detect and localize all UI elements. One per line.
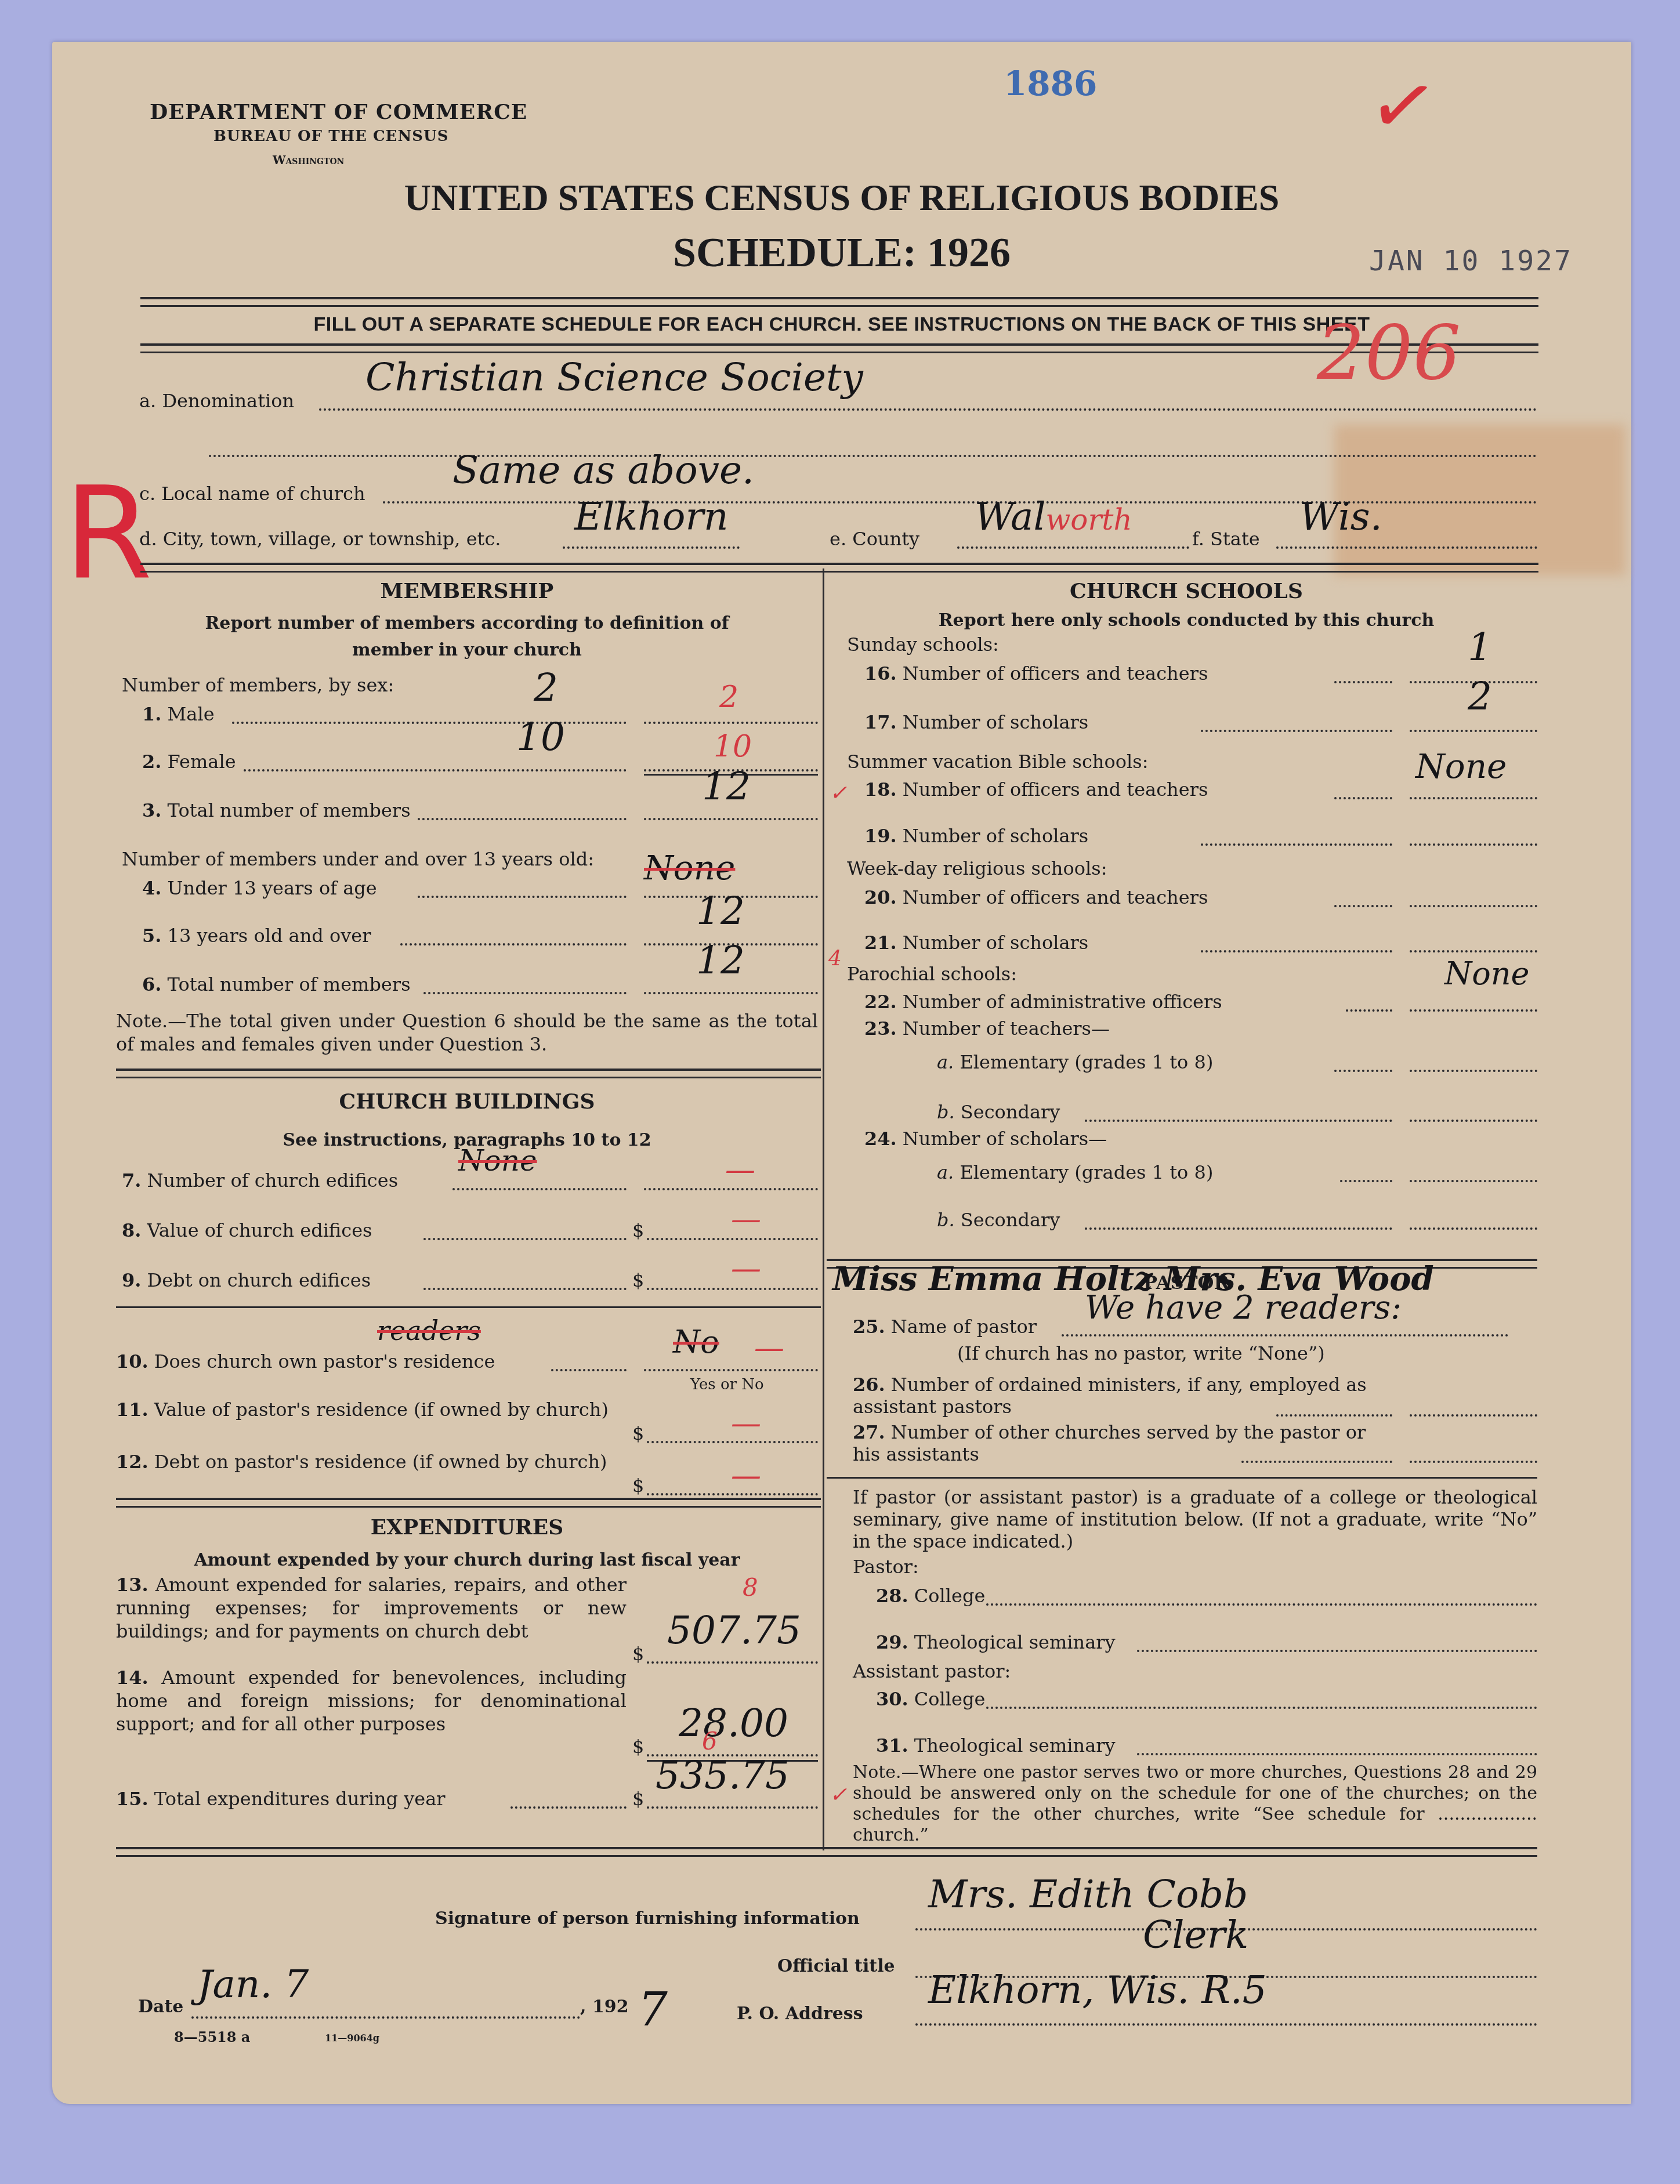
q14-label: 14. Amount expended for benevolences, in… <box>116 1666 627 1736</box>
q10-line <box>551 1369 627 1371</box>
membership-note: Note.—The total given under Question 6 s… <box>116 1009 818 1056</box>
q20-value-field[interactable] <box>1410 905 1537 907</box>
q2-label: 2. Female <box>142 751 236 773</box>
q12-red-dash: — <box>731 1458 761 1493</box>
q24-label: 24. Number of scholars— <box>864 1128 1107 1150</box>
q24b-label: b. Secondary <box>937 1209 1060 1231</box>
assistant-subheading: Assistant pastor: <box>853 1660 1011 1682</box>
q6-line <box>423 992 627 994</box>
q23-label: 23. Number of teachers— <box>864 1017 1110 1040</box>
q3-label: 3. Total number of members <box>142 799 411 821</box>
stamp-number: 1886 <box>1004 64 1097 103</box>
pastor-subheading: Pastor: <box>853 1556 919 1578</box>
q27-value-field[interactable] <box>1410 1461 1537 1463</box>
print-code: 11—9064g <box>325 2033 379 2044</box>
q7-value-line <box>644 1188 818 1190</box>
footer-rule <box>116 1847 1537 1857</box>
q5-line <box>400 943 627 946</box>
census-schedule-page: DEPARTMENT OF COMMERCE BUREAU OF THE CEN… <box>52 42 1631 2104</box>
city-line <box>563 546 740 549</box>
q7-line <box>452 1188 627 1190</box>
signature-field[interactable]: Mrs. Edith Cobb <box>928 1872 1248 1917</box>
q9-red-dash: — <box>731 1251 761 1286</box>
q22-officers-field[interactable]: None <box>1444 955 1530 992</box>
q7-label: 7. Number of church edifices <box>122 1169 398 1191</box>
q6-label: 6. Total number of members <box>142 973 411 995</box>
q18-teachers-field[interactable]: None <box>1415 747 1507 786</box>
q2-red-check: 10 <box>714 729 752 764</box>
q4-line <box>418 896 627 898</box>
state-field[interactable]: Wis. <box>1299 494 1382 539</box>
county-field[interactable]: Walworth <box>975 494 1132 539</box>
column-divider <box>823 568 824 1850</box>
county-red-correction: worth <box>1046 503 1132 537</box>
q5-over13-field[interactable]: 12 <box>696 889 745 933</box>
q1-check-line <box>644 722 818 724</box>
q16-label: 16. Number of officers and teachers <box>864 662 1208 684</box>
q26-value-field[interactable] <box>1410 1414 1537 1417</box>
q18-label: 18. Number of officers and teachers <box>864 778 1208 801</box>
q13-amount-field[interactable]: 507.75 <box>667 1608 801 1653</box>
q31-label: 31. Theological seminary <box>876 1734 1116 1756</box>
form-number: 8—5518 a <box>174 2029 250 2045</box>
q13-line <box>647 1661 818 1664</box>
q18-value-line <box>1410 797 1537 799</box>
q10-hint: Yes or No <box>690 1376 764 1393</box>
q8-line <box>423 1238 627 1240</box>
local-name-label: c. Local name of church <box>139 483 365 505</box>
q3-line <box>418 818 627 820</box>
q27-line <box>1241 1461 1392 1463</box>
red-check-icon: ✓ <box>1362 54 1445 159</box>
expenditures-subheading: Amount expended by your church during la… <box>116 1550 818 1570</box>
q30-label: 30. College <box>876 1688 985 1710</box>
q23b-label: b. Secondary <box>937 1101 1060 1123</box>
city-heading: Washington <box>273 153 344 167</box>
q23a-value-field[interactable] <box>1410 1070 1537 1072</box>
q8-red-dash: — <box>731 1202 761 1237</box>
buildings-rule-2 <box>116 1498 821 1508</box>
date-field[interactable]: Jan. 7 <box>197 1962 309 2006</box>
q21-value-field[interactable] <box>1410 950 1537 952</box>
year-prefix: , 192 <box>580 1997 629 2017</box>
denomination-field[interactable]: Christian Science Society <box>365 355 863 400</box>
summer-schools-label: Summer vacation Bible schools: <box>847 751 1148 773</box>
q5-label: 5. 13 years old and over <box>142 925 371 947</box>
q9-label: 9. Debt on church edifices <box>122 1269 371 1291</box>
sunday-schools-label: Sunday schools: <box>847 633 999 655</box>
by-sex-label: Number of members, by sex: <box>122 674 394 696</box>
q13-label: 13. Amount expended for salaries, repair… <box>116 1573 627 1643</box>
q21-label: 21. Number of scholars <box>864 932 1088 954</box>
q11-red-dash: — <box>731 1406 761 1441</box>
q17-label: 17. Number of scholars <box>864 711 1088 733</box>
q24a-label: a. Elementary (grades 1 to 8) <box>937 1161 1213 1183</box>
q11-label: 11. Value of pastor's residence (if owne… <box>116 1397 627 1422</box>
q24a-value-field[interactable] <box>1410 1180 1537 1182</box>
q7-red-dash: — <box>725 1153 755 1187</box>
state-line <box>1276 546 1537 549</box>
po-address-label: P. O. Address <box>737 2004 863 2024</box>
q27-label: 27. Number of other churches served by t… <box>853 1421 1398 1465</box>
weekday-schools-label: Week-day religious schools: <box>847 857 1107 879</box>
q31-seminary-field[interactable] <box>1137 1753 1537 1755</box>
official-title-label: Official title <box>777 1956 895 1976</box>
q24b-value-field[interactable] <box>1410 1227 1537 1230</box>
q12-value-field[interactable] <box>647 1493 818 1495</box>
q28-label: 28. College <box>876 1585 985 1607</box>
po-address-field[interactable]: Elkhorn, Wis. R.5 <box>928 1968 1267 2012</box>
q6-total-field[interactable]: 12 <box>696 938 745 983</box>
q17-scholars-field[interactable]: 2 <box>1468 674 1492 719</box>
q18-red-check: ✓ <box>830 781 847 805</box>
date-label: Date <box>138 1997 183 2017</box>
q29-label: 29. Theological seminary <box>876 1631 1116 1653</box>
q15-currency: $ <box>632 1788 644 1810</box>
denomination-label: a. Denomination <box>139 390 294 412</box>
membership-rule <box>116 1069 821 1078</box>
q25-label: 25. Name of pastor <box>853 1316 1037 1338</box>
q15-red-correction: 6 <box>702 1727 718 1755</box>
year-suffix-field[interactable]: 7 <box>638 1982 668 2036</box>
q21-line <box>1201 950 1392 952</box>
q14-currency: $ <box>632 1736 644 1758</box>
q9-value-field[interactable] <box>647 1288 818 1290</box>
q25-pastor-field[interactable]: We have 2 readers: <box>1085 1289 1402 1327</box>
q2-female-field[interactable]: 10 <box>516 715 565 759</box>
state-label: f. State <box>1192 528 1260 550</box>
q23b-value-field[interactable] <box>1410 1120 1537 1122</box>
q20-line <box>1334 905 1392 907</box>
q23a-line <box>1334 1070 1392 1072</box>
pastor-rule <box>827 1477 1537 1479</box>
q15-line <box>510 1806 627 1809</box>
po-address-line <box>915 2023 1537 2026</box>
q25-line <box>1062 1334 1508 1337</box>
red-reference-number: 206 <box>1317 309 1461 397</box>
q22-label: 22. Number of administrative officers <box>864 991 1222 1013</box>
q16-line <box>1334 681 1392 683</box>
q25-hint: (If church has no pastor, write “None”) <box>957 1342 1325 1364</box>
q1-red-check: 2 <box>719 680 738 715</box>
q26-label: 26. Number of ordained ministers, if any… <box>853 1374 1398 1418</box>
q23a-label: a. Elementary (grades 1 to 8) <box>937 1051 1213 1073</box>
schools-heading: CHURCH SCHOOLS <box>830 579 1543 603</box>
denomination-line <box>319 408 1537 411</box>
q7-edifices-field[interactable]: None <box>458 1144 537 1178</box>
q19-label: 19. Number of scholars <box>864 825 1088 847</box>
bureau-heading: BUREAU OF THE CENSUS <box>213 128 448 145</box>
q18-line <box>1334 797 1392 799</box>
q10-label: 10. Does church own pastor's residence <box>116 1350 495 1372</box>
by-age-label: Number of members under and over 13 year… <box>122 848 594 870</box>
q3-total-field[interactable]: 12 <box>702 764 751 809</box>
q10-value-line <box>644 1369 818 1371</box>
q24a-line <box>1340 1180 1392 1182</box>
q15-label: 15. Total expenditures during year <box>116 1788 446 1810</box>
q16-teachers-field[interactable]: 1 <box>1468 625 1492 669</box>
q17-line <box>1201 730 1392 732</box>
q13-red-correction: 8 <box>743 1573 758 1602</box>
q29-seminary-field[interactable] <box>1137 1650 1537 1652</box>
department-heading: DEPARTMENT OF COMMERCE <box>150 100 527 124</box>
q2-line <box>244 769 627 772</box>
q13-currency: $ <box>632 1643 644 1665</box>
q6-value-line <box>644 992 818 994</box>
official-title-field[interactable]: Clerk <box>1143 1913 1248 1957</box>
membership-heading: MEMBERSHIP <box>116 579 818 603</box>
q3-value-line <box>644 818 818 820</box>
q19-value-field[interactable] <box>1410 843 1537 846</box>
q8-currency: $ <box>632 1219 644 1241</box>
q26-line <box>1276 1414 1392 1417</box>
q22-value-line <box>1410 1009 1537 1012</box>
q22-line <box>1346 1009 1392 1012</box>
q12-label: 12. Debt on pastor's residence (if owned… <box>116 1449 627 1475</box>
city-label: d. City, town, village, or township, etc… <box>139 528 501 550</box>
header-rule <box>140 297 1538 307</box>
q4-label: 4. Under 13 years of age <box>142 877 377 899</box>
q12-currency: $ <box>632 1475 644 1497</box>
expenditures-heading: EXPENDITURES <box>116 1515 818 1540</box>
county-handwritten: Wal <box>975 494 1046 539</box>
q20-label: 20. Number of officers and teachers <box>864 886 1208 908</box>
education-note: Note.—Where one pastor serves two or mor… <box>853 1762 1537 1846</box>
q10-overwrite: readers <box>377 1315 481 1346</box>
q15-value-line <box>647 1806 818 1809</box>
q1-line <box>232 722 627 724</box>
q15-total-field[interactable]: 535.75 <box>656 1753 790 1798</box>
education-intro: If pastor (or assistant pastor) is a gra… <box>853 1486 1537 1552</box>
q30-college-field[interactable] <box>986 1707 1537 1709</box>
parochial-red-mark: 4 <box>828 947 842 970</box>
buildings-heading: CHURCH BUILDINGS <box>116 1089 818 1114</box>
note-red-check: ✓ <box>830 1783 847 1807</box>
city-field[interactable]: Elkhorn <box>574 494 729 539</box>
q14-amount-field[interactable]: 28.00 <box>679 1701 788 1745</box>
buildings-rule <box>116 1306 821 1308</box>
denomination-line-2 <box>209 455 1537 457</box>
q10-red-dash: — <box>754 1331 784 1366</box>
document-title: UNITED STATES CENSUS OF RELIGIOUS BODIES <box>52 176 1631 219</box>
identity-rule <box>140 563 1538 573</box>
schools-subheading: Report here only schools conducted by th… <box>830 610 1543 631</box>
q1-male-field[interactable]: 2 <box>534 665 558 710</box>
q10-residence-field[interactable]: No <box>673 1324 719 1360</box>
q11-value-field[interactable] <box>647 1441 818 1443</box>
q11-currency: $ <box>632 1422 644 1444</box>
county-label: e. County <box>830 528 919 550</box>
q24b-line <box>1085 1227 1392 1230</box>
q23b-line <box>1085 1120 1392 1122</box>
q4-under13-field[interactable]: None <box>644 848 735 888</box>
local-name-field[interactable]: Same as above. <box>452 448 754 492</box>
received-date-stamp: JAN 10 1927 <box>1369 245 1573 277</box>
q8-label: 8. Value of church edifices <box>122 1219 372 1241</box>
county-line <box>957 546 1189 549</box>
parochial-schools-label: Parochial schools: <box>847 963 1017 985</box>
q9-line <box>423 1288 627 1290</box>
q8-value-field[interactable] <box>647 1238 818 1240</box>
q19-line <box>1201 843 1392 846</box>
date-line <box>191 2016 580 2019</box>
q28-college-field[interactable] <box>986 1603 1537 1606</box>
q1-label: 1. Male <box>142 703 215 725</box>
signature-label: Signature of person furnishing informati… <box>435 1908 860 1929</box>
q17-value-line <box>1410 730 1537 732</box>
membership-subheading: Report number of members according to de… <box>162 610 772 664</box>
q9-currency: $ <box>632 1269 644 1291</box>
